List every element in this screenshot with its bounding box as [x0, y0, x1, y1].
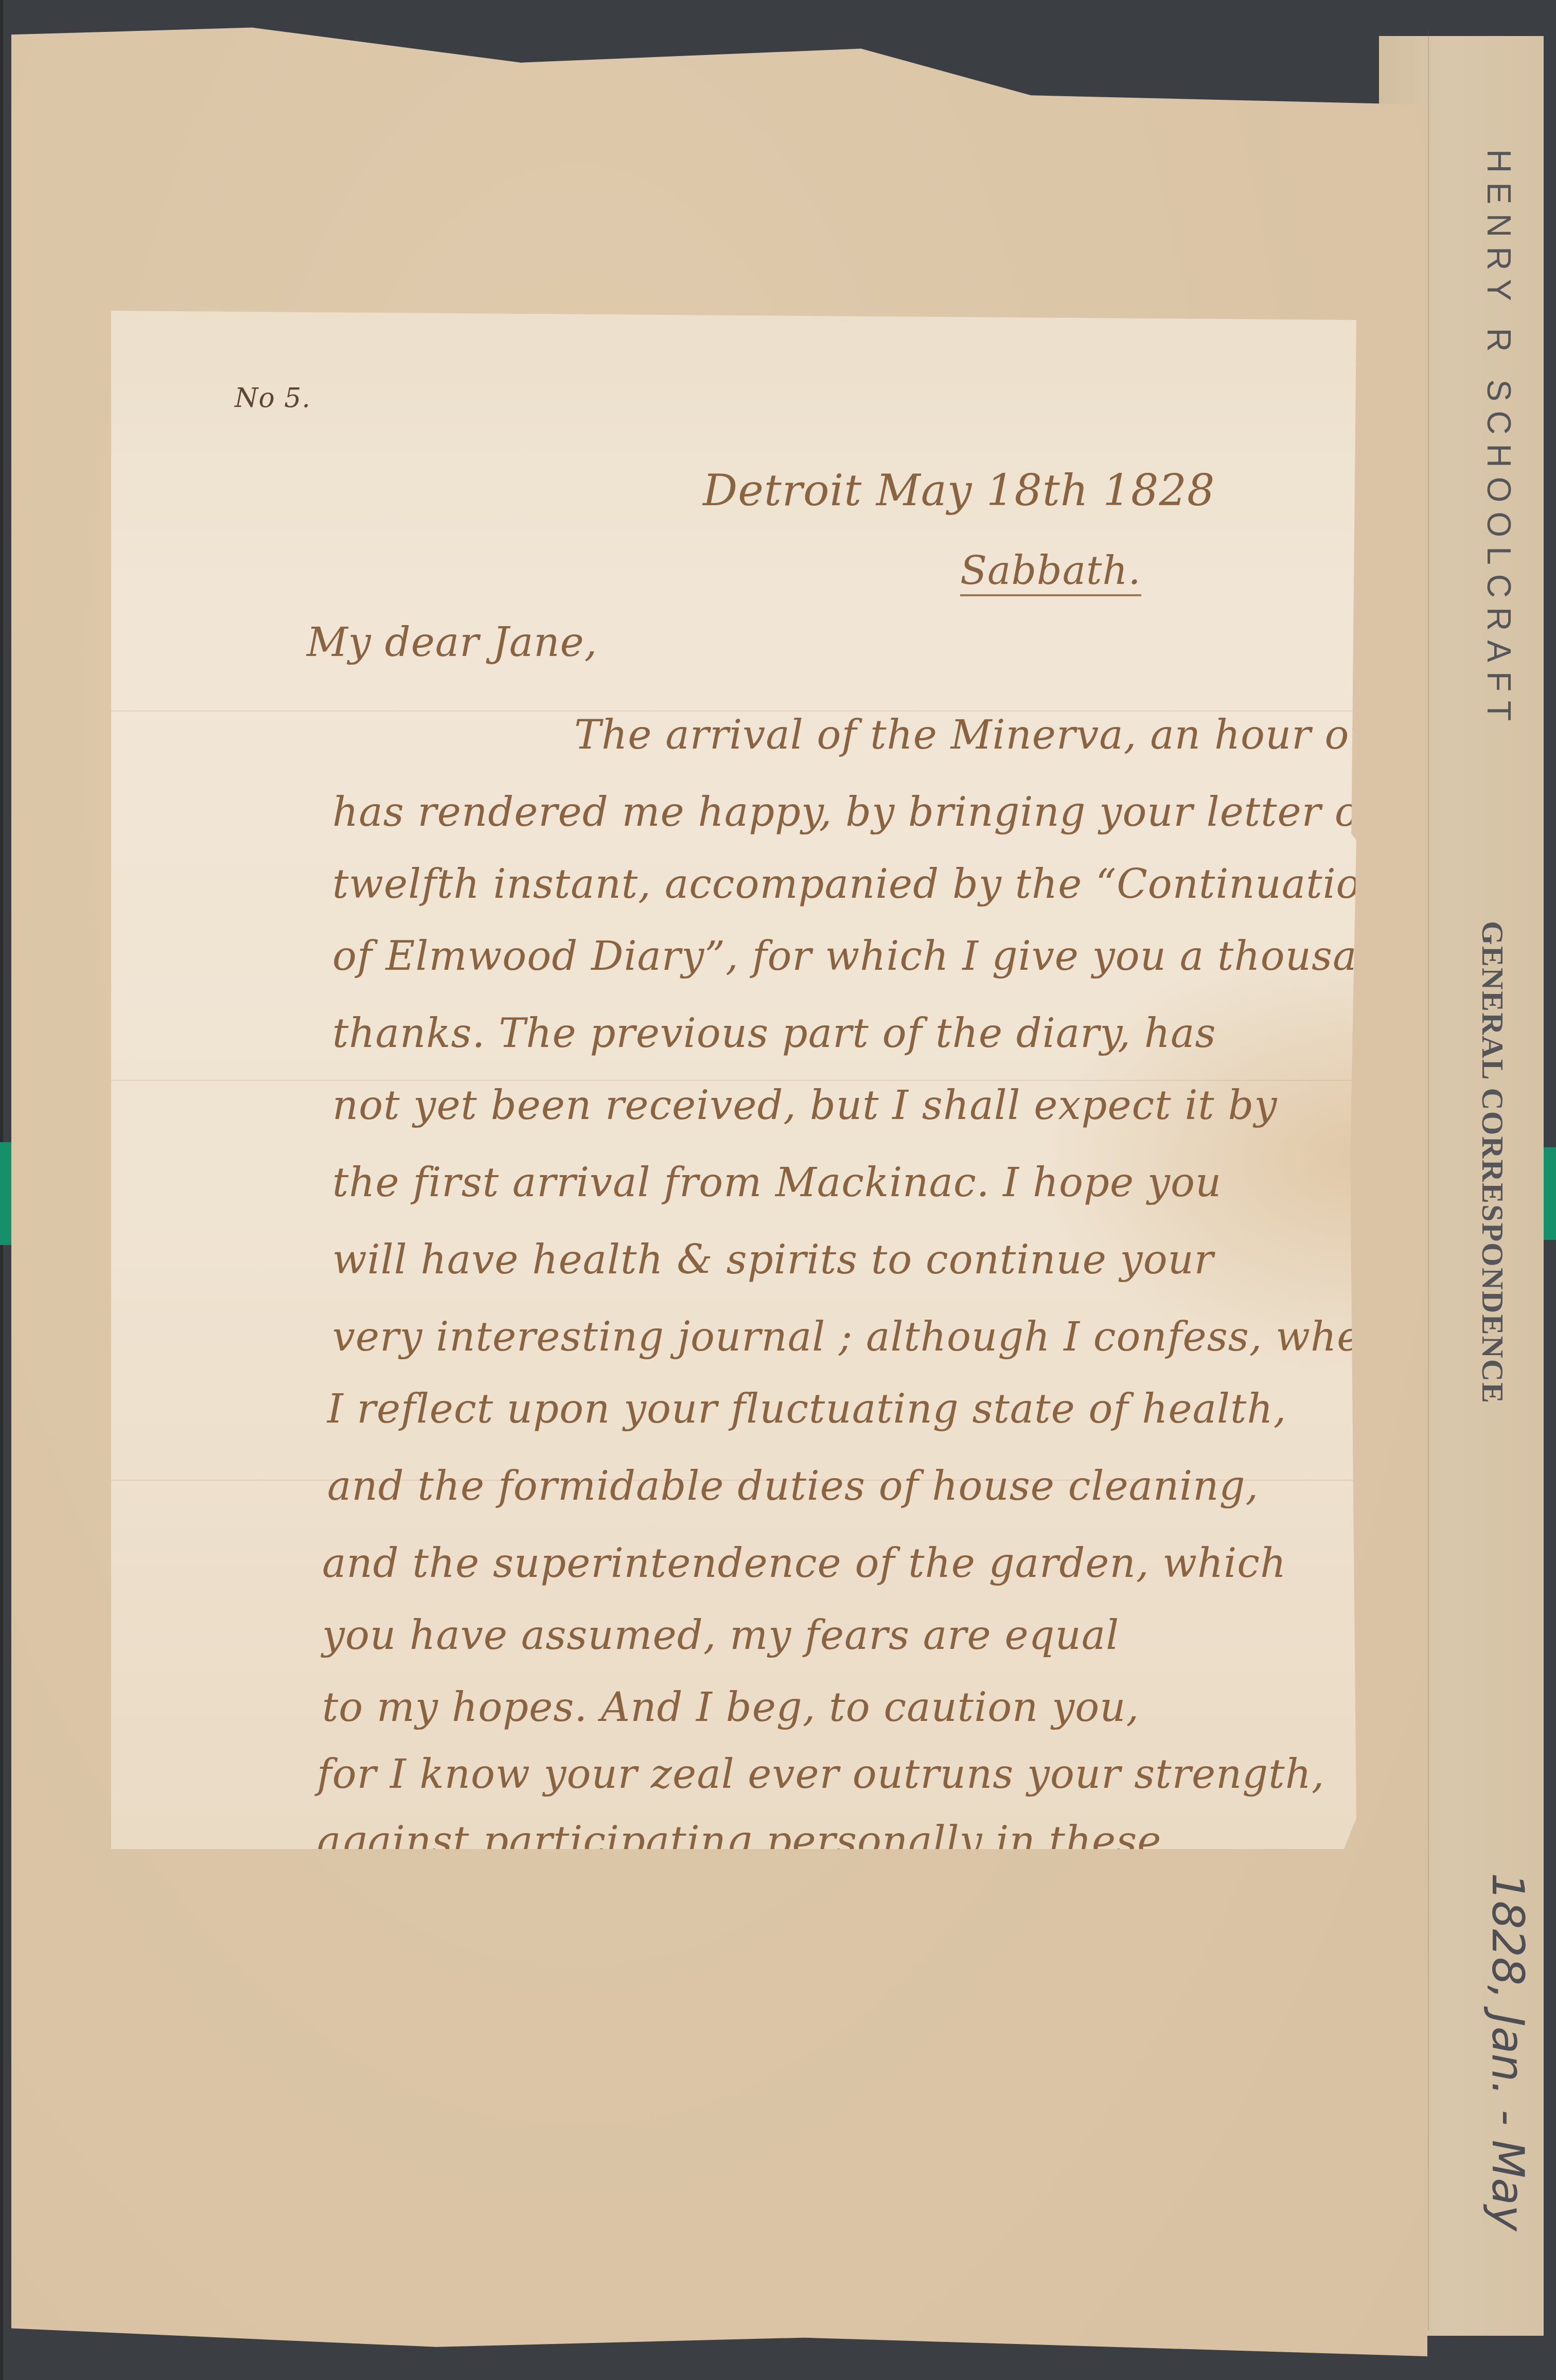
letter-body-line: I reflect upon your fluctuating state of… [327, 1386, 1286, 1432]
letter-body-line: to my hopes. And I beg, to caution you, [322, 1684, 1139, 1731]
salutation: My dear Jane, [307, 619, 597, 666]
collection-stamp: HENRY R SCHOOLCRAFT [1480, 149, 1518, 730]
letter-body-line: has rendered me happy, by bringing your … [332, 789, 1455, 836]
letter-body-line: not yet been received, but I shall expec… [332, 1082, 1277, 1129]
fold-line [111, 1080, 1356, 1081]
letter-body-line: and the formidable duties of house clean… [327, 1463, 1259, 1509]
letter-body-line: will have health & spirits to continue y… [332, 1237, 1214, 1283]
letter-body-line: the first arrival from Mackinac. I hope … [332, 1160, 1222, 1206]
letter-body-line: thanks. The previous part of the diary, … [332, 1010, 1216, 1057]
place-date-line: Detroit May 18th 1828 [703, 465, 1215, 516]
day-line: Sabbath. [960, 547, 1141, 596]
letter-body-line: of Elmwood Diary”, for which I give you … [332, 933, 1410, 980]
color-calibration-tab-right [1544, 1147, 1556, 1240]
letter-number-note: No 5. [235, 383, 311, 414]
series-stamp: GENERAL CORRESPONDENCE [1475, 921, 1510, 1404]
letter-body-line: very interesting journal ; although I co… [332, 1314, 1388, 1360]
date-range-pencil-note: 1828, Jan. - May [1482, 1873, 1533, 2231]
letter-body-line: you have assumed, my fears are equal [322, 1612, 1119, 1659]
letter-sheet: No 5. Detroit May 18th 1828 Sabbath. My … [111, 311, 1356, 1849]
letter-body-line: for I know your zeal ever outruns your s… [317, 1751, 1325, 1798]
letter-body-line: and the superintendence of the garden, w… [322, 1540, 1286, 1587]
letter-body-line: twelfth instant, accompanied by the “Con… [332, 861, 1387, 908]
